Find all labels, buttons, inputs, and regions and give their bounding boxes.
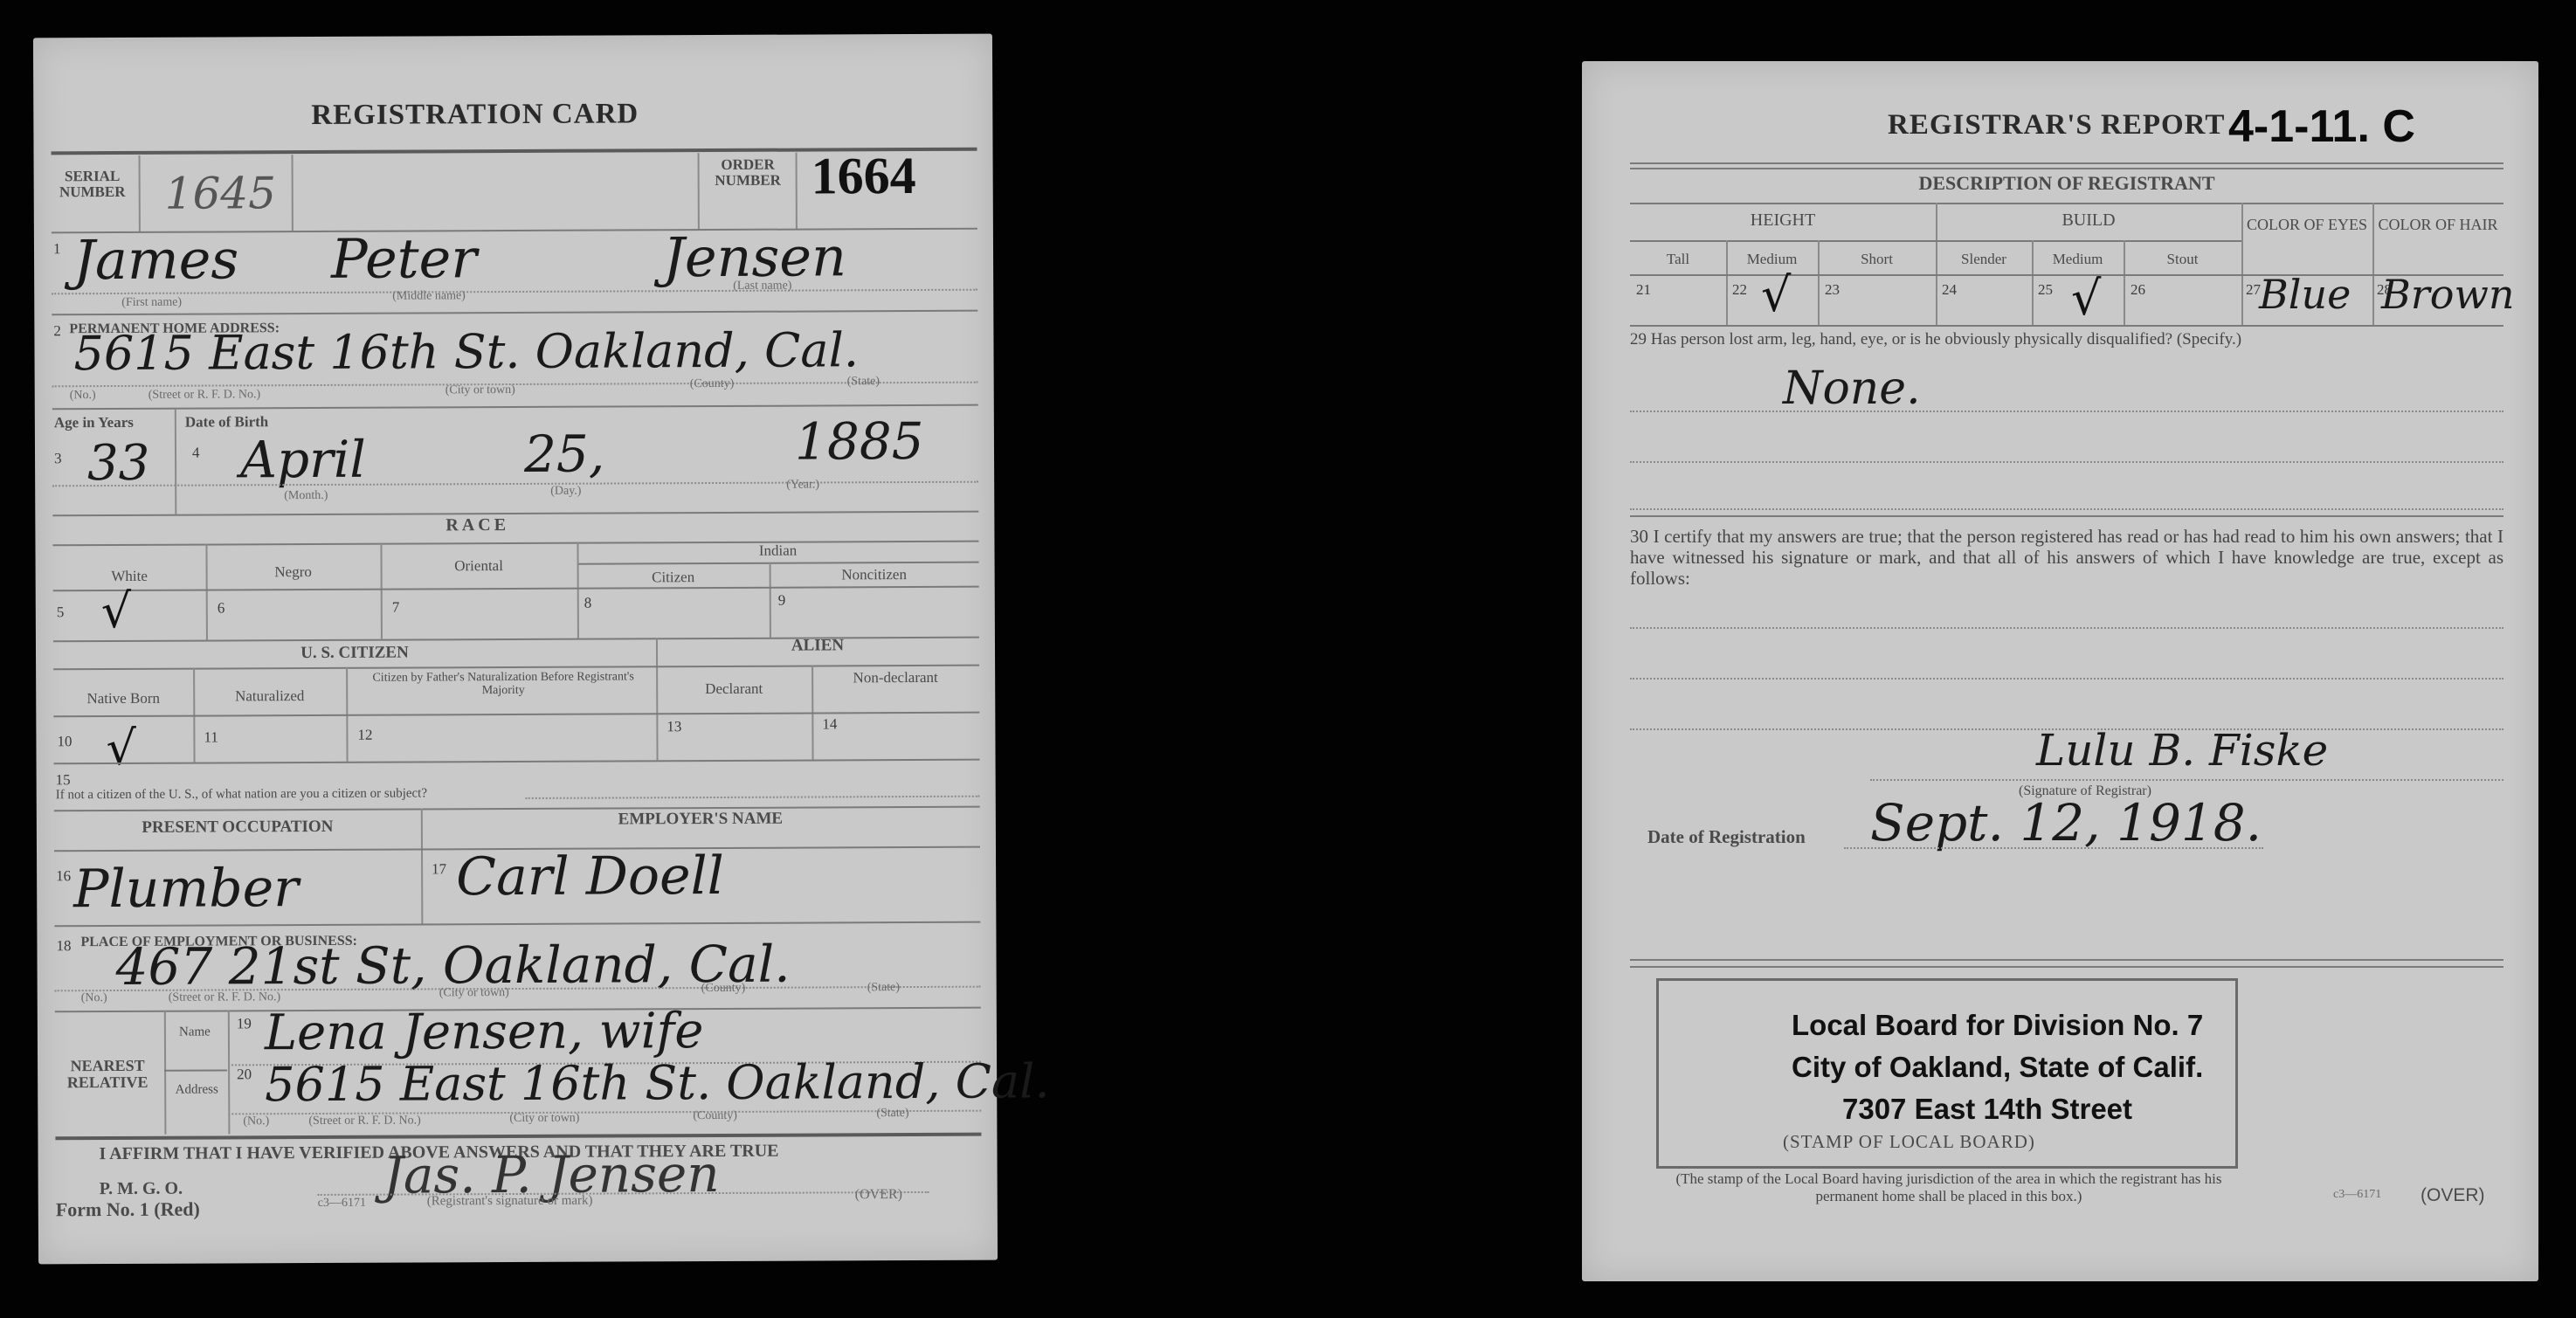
- field-number: 20: [237, 1066, 252, 1083]
- divider: [53, 586, 979, 592]
- registrant-signature-label: (Registrant's signature or mark): [427, 1194, 593, 1210]
- divider: [52, 404, 978, 411]
- field-number: 15: [56, 771, 71, 789]
- field-number: 5: [57, 604, 65, 621]
- field-number: 9: [778, 592, 786, 610]
- eye-color-label: COLOR OF EYES: [2241, 217, 2372, 233]
- sub-label: (County): [701, 982, 746, 996]
- build-slender-label: Slender: [1936, 252, 2032, 267]
- field-number: 24: [1942, 281, 1957, 299]
- first-name-value: James: [73, 227, 238, 292]
- employer-value: Carl Doell: [456, 845, 724, 907]
- field-number: 21: [1636, 281, 1651, 299]
- field-number: 13: [666, 718, 681, 735]
- print-code: c3—6171: [318, 1197, 366, 1211]
- divider: [1630, 162, 2503, 164]
- divider: [2372, 203, 2374, 325]
- sub-label: (No.): [81, 991, 107, 1005]
- field-number: 11: [204, 728, 218, 746]
- divider: [526, 796, 980, 799]
- registrar-signature: Lulu B. Fiske: [2036, 725, 2328, 776]
- build-stout-label: Stout: [2124, 252, 2241, 267]
- divider: [2241, 203, 2243, 325]
- over-label: (OVER): [855, 1187, 902, 1203]
- divider: [52, 310, 977, 316]
- field-number: 22: [1732, 281, 1747, 299]
- naturalized-label: Naturalized: [193, 688, 346, 705]
- height-heading: HEIGHT: [1630, 211, 1936, 230]
- height-medium-label: Medium: [1726, 252, 1818, 267]
- divider: [175, 410, 177, 514]
- employer-label: EMPLOYER'S NAME: [421, 810, 980, 830]
- sub-label: (Year.): [786, 478, 819, 492]
- relative-name-label: Name: [169, 1025, 221, 1039]
- divider: [577, 562, 979, 565]
- sub-label: (Day.): [550, 485, 581, 499]
- field-number: 6: [218, 599, 225, 617]
- disqualification-question-text: Has person lost arm, leg, hand, eye, or …: [1651, 330, 2241, 348]
- race-indian-noncitizen-label: Noncitizen: [770, 567, 979, 583]
- divider: [1630, 325, 2503, 327]
- pmgo-label: P. M. G. O.: [100, 1180, 183, 1198]
- relative-name-value: Lena Jensen, wife: [265, 1003, 704, 1061]
- relative-address-value: 5615 East 16th St. Oakland, Cal.: [265, 1053, 1050, 1112]
- field-number: 8: [584, 595, 592, 612]
- race-heading: RACE: [445, 516, 509, 535]
- sub-label: (State): [847, 375, 880, 389]
- report-title: REGISTRAR'S REPORT: [1888, 109, 2225, 141]
- classification-stamp: 4-1-11. C: [2228, 100, 2415, 153]
- non-declarant-label: Non-declarant: [811, 670, 979, 687]
- registrar-certification: 30 I certify that my answers are true; t…: [1630, 526, 2503, 589]
- divider: [1844, 847, 2263, 849]
- sub-label: (Street or R. F. D. No.): [148, 388, 260, 403]
- sub-label: (City or town): [509, 1112, 579, 1126]
- sub-label: (Month.): [284, 489, 328, 503]
- dob-label: Date of Birth: [185, 414, 268, 430]
- field-number: 23: [1825, 281, 1840, 299]
- divider: [53, 712, 979, 718]
- race-white-checkmark: √: [101, 583, 132, 638]
- eye-color-value: Blue: [2259, 271, 2351, 318]
- field-number: 29: [1630, 330, 1647, 348]
- sub-label: (Street or R. F. D. No.): [308, 1114, 420, 1128]
- nationality-question: If not a citizen of the U. S., of what n…: [56, 787, 427, 803]
- field-number: 12: [357, 727, 372, 744]
- date-of-registration-value: Sept. 12, 1918.: [1870, 793, 2262, 852]
- stamp-instruction-note: (The stamp of the Local Board having jur…: [1652, 1170, 2246, 1204]
- dob-day-value: 25,: [524, 424, 605, 484]
- divider: [698, 153, 700, 230]
- field-number: 10: [57, 733, 72, 750]
- disqualification-value: None.: [1783, 362, 1921, 415]
- sub-label: (County): [690, 377, 735, 391]
- relative-address-label: Address: [169, 1083, 224, 1097]
- field-number: 26: [2131, 281, 2145, 299]
- divider: [54, 921, 980, 928]
- field-number: 18: [56, 937, 71, 955]
- field-number: 25: [2038, 281, 2053, 299]
- sub-label: (State): [876, 1107, 908, 1121]
- middle-name-label: (Middle name): [392, 289, 466, 303]
- sub-label: (Street or R. F. D. No.): [169, 990, 280, 1005]
- field-number: 7: [392, 599, 400, 617]
- field-number: 14: [822, 715, 837, 733]
- divider: [292, 155, 294, 231]
- build-heading: BUILD: [1936, 211, 2241, 230]
- field-number: 2: [53, 322, 61, 340]
- height-short-label: Short: [1818, 252, 1936, 267]
- field-number: 3: [54, 450, 62, 467]
- description-heading: DESCRIPTION OF REGISTRANT: [1630, 173, 2503, 193]
- divider: [796, 153, 798, 230]
- divider: [55, 1133, 981, 1141]
- disqualification-question: 29 Has person lost arm, leg, hand, eye, …: [1630, 330, 2503, 349]
- field-number: 1: [53, 240, 61, 258]
- occupation-value: Plumber: [73, 858, 299, 920]
- divider: [656, 638, 659, 760]
- stamp-line-1: Local Board for Division No. 7: [1792, 1009, 2203, 1042]
- divider: [164, 1069, 227, 1071]
- race-negro-label: Negro: [206, 564, 381, 581]
- order-number-value: 1664: [811, 146, 915, 207]
- divider: [1630, 240, 2241, 242]
- divider: [139, 155, 141, 232]
- divider: [1870, 779, 2503, 781]
- divider: [228, 1010, 231, 1134]
- height-tall-label: Tall: [1630, 252, 1726, 267]
- divider: [1630, 508, 2503, 510]
- us-citizen-heading: U. S. CITIZEN: [53, 643, 656, 663]
- sub-label: (City or town): [439, 986, 509, 1000]
- field-number: 17: [432, 860, 446, 878]
- divider: [52, 481, 978, 487]
- sub-label: (State): [867, 981, 900, 995]
- nearest-relative-label: NEAREST RELATIVE: [55, 1058, 160, 1091]
- card-title: REGISTRATION CARD: [311, 98, 639, 132]
- sub-label: (No.): [70, 389, 96, 403]
- field-number: 30: [1630, 526, 1648, 547]
- build-medium-label: Medium: [2032, 252, 2124, 267]
- indian-heading: Indian: [577, 542, 978, 560]
- divider: [1630, 168, 2503, 169]
- middle-name-value: Peter: [331, 226, 477, 291]
- hair-color-value: Brown: [2381, 271, 2515, 318]
- first-name-label: (First name): [121, 296, 182, 310]
- stamp-caption: (STAMP OF LOCAL BOARD): [1783, 1132, 2035, 1151]
- order-number-label: ORDER NUMBER: [702, 157, 794, 189]
- divider: [53, 665, 979, 671]
- dob-year-value: 1885: [795, 411, 924, 472]
- over-label: (OVER): [2421, 1186, 2485, 1205]
- divider: [52, 511, 978, 517]
- divider: [205, 544, 207, 640]
- dob-month-value: April: [240, 430, 366, 490]
- field-number: 19: [237, 1015, 252, 1032]
- hair-color-label: COLOR OF HAIR: [2372, 217, 2503, 233]
- native-born-checkmark: √: [106, 721, 136, 776]
- sub-label: (No.): [243, 1114, 269, 1128]
- last-name-label: (Last name): [733, 279, 791, 293]
- occupation-label: PRESENT OCCUPATION: [54, 818, 421, 837]
- divider: [1630, 678, 2503, 680]
- divider: [1630, 411, 2503, 412]
- divider: [1630, 515, 2503, 517]
- age-label: Age in Years: [54, 415, 134, 431]
- sub-label: (County): [693, 1109, 737, 1123]
- serial-number-value: 1645: [165, 168, 277, 219]
- form-number-label: Form No. 1 (Red): [56, 1199, 200, 1220]
- divider: [1630, 966, 2503, 968]
- divider: [164, 1011, 167, 1135]
- field-number: 16: [56, 867, 71, 885]
- divider: [380, 543, 382, 639]
- race-indian-citizen-label: Citizen: [577, 569, 770, 586]
- build-medium-checkmark: √: [2071, 271, 2101, 326]
- stamp-line-3: 7307 East 14th Street: [1842, 1093, 2132, 1126]
- derivative-citizen-label: Citizen by Father's Naturalization Befor…: [368, 671, 639, 698]
- alien-heading: ALIEN: [656, 637, 979, 656]
- registration-card: REGISTRATION CARD SERIAL NUMBER 1645 ORD…: [33, 34, 998, 1265]
- field-number: 4: [192, 445, 200, 462]
- registrars-report-card: REGISTRAR'S REPORT 4-1-11. C DESCRIPTION…: [1582, 61, 2538, 1281]
- registrar-certification-text: I certify that my answers are true; that…: [1630, 526, 2503, 589]
- stamp-line-2: City of Oakland, State of Calif.: [1792, 1051, 2203, 1084]
- sub-label: (City or town): [445, 383, 515, 397]
- serial-number-label: SERIAL NUMBER: [53, 169, 132, 200]
- race-oriental-label: Oriental: [381, 558, 577, 575]
- divider: [1630, 627, 2503, 629]
- race-white-label: White: [53, 569, 206, 585]
- date-of-registration-label: Date of Registration: [1647, 827, 1806, 846]
- height-medium-checkmark: √: [1761, 267, 1791, 322]
- native-born-label: Native Born: [53, 691, 193, 707]
- divider: [1630, 461, 2503, 463]
- divider: [1630, 959, 2503, 961]
- home-address-value: 5615 East 16th St. Oakland, Cal.: [73, 322, 859, 381]
- print-code: c3—6171: [2333, 1188, 2381, 1202]
- declarant-label: Declarant: [656, 681, 811, 698]
- age-value: 33: [87, 435, 150, 492]
